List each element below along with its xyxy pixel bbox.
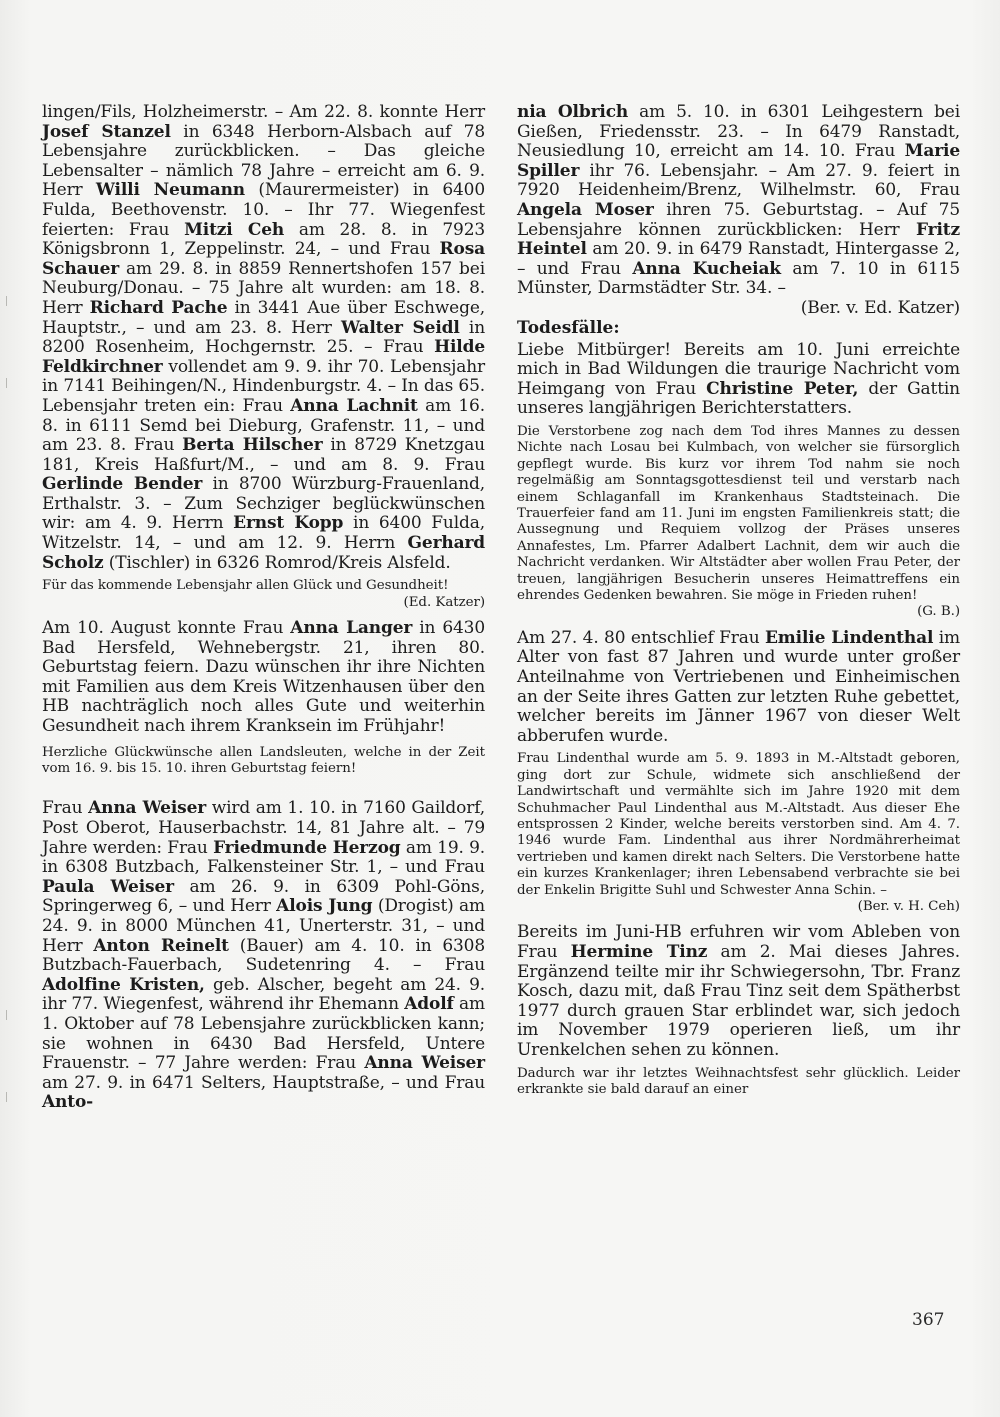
person-name: Angela Moser <box>517 200 654 220</box>
wish-text: Für das kommende Lebensjahr allen Glück … <box>42 578 448 593</box>
signature-gb: (G. B.) <box>517 604 960 620</box>
person-name: Walter Seidl <box>341 318 460 338</box>
wish-signature: (Ed. Katzer) <box>404 595 485 611</box>
right-column: nia Olbrich am 5. 10. in 6301 Leihgester… <box>517 103 960 1098</box>
person-name: Anna Lachnit <box>290 396 417 416</box>
person-name: Gerlinde Bender <box>42 474 202 494</box>
person-name: Christine Peter, <box>706 379 858 399</box>
person-name: Anton Reinelt <box>93 936 229 956</box>
tinz-detail: Dadurch war ihr letztes Weihnachtsfest s… <box>517 1066 960 1099</box>
section-heading-deaths: Todesfälle: <box>517 319 960 338</box>
birthday-list-paragraph: lingen/Fils, Holzheimerstr. – Am 22. 8. … <box>42 103 485 573</box>
birthday-list-paragraph-2: Frau Anna Weiser wird am 1. 10. in 7160 … <box>42 799 485 1113</box>
person-name: Hermine Tinz <box>571 942 708 962</box>
birthday-list-continued: nia Olbrich am 5. 10. in 6301 Leihgester… <box>517 103 960 299</box>
person-name: Marie Spiller <box>517 141 960 181</box>
lindenthal-detail: Frau Lindenthal wurde am 5. 9. 1893 in M… <box>517 751 960 899</box>
person-name: Anto- <box>42 1092 93 1112</box>
christine-peter-detail: Die Verstorbene zog nach dem Tod ihres M… <box>517 424 960 604</box>
greeting-small-text: Herzliche Glückwünsche allen Landsleuten… <box>42 745 485 778</box>
person-name: Berta Hilscher <box>182 435 322 455</box>
person-name: Mitzi Ceh <box>184 220 284 240</box>
signature-h-ceh: (Ber. v. H. Ceh) <box>517 899 960 915</box>
scan-margin-mark <box>6 296 10 306</box>
person-name: Adolf <box>404 994 453 1014</box>
emilie-lindenthal-paragraph: Am 27. 4. 80 entschlief Frau Emilie Lind… <box>517 629 960 747</box>
person-name: Anna Langer <box>290 618 412 638</box>
person-name: nia Olbrich <box>517 102 628 122</box>
report-signature-katzer: (Ber. v. Ed. Katzer) <box>517 299 960 319</box>
hermine-tinz-paragraph: Bereits im Juni-HB erfuhren wir vom Able… <box>517 923 960 1060</box>
person-name: Rosa Schauer <box>42 239 485 279</box>
page-number: 367 <box>912 1310 944 1330</box>
person-name: Josef Stanzel <box>42 122 171 142</box>
scan-margin-mark <box>6 378 10 388</box>
scan-margin-mark <box>6 1010 10 1020</box>
person-name: Willi Neumann <box>96 180 245 200</box>
person-name: Richard Pache <box>90 298 228 318</box>
birthday-wish-text: Für das kommende Lebensjahr allen Glück … <box>42 578 485 594</box>
document-page: lingen/Fils, Holzheimerstr. – Am 22. 8. … <box>0 0 1000 1417</box>
person-name: Paula Weiser <box>42 877 174 897</box>
person-name: Adolfine Kristen, <box>42 975 205 995</box>
person-name: Anna Weiser <box>88 798 206 818</box>
christine-peter-paragraph: Liebe Mitbürger! Bereits am 10. Juni err… <box>517 341 960 419</box>
person-name: Anna Weiser <box>364 1053 485 1073</box>
person-name: Anna Kucheiak <box>632 259 781 279</box>
scan-margin-mark <box>6 1092 10 1102</box>
person-name: Friedmunde Herzog <box>213 838 400 858</box>
person-name: Ernst Kopp <box>233 513 343 533</box>
person-name: Fritz Heintel <box>517 220 960 260</box>
person-name: Alois Jung <box>276 896 372 916</box>
left-column: lingen/Fils, Holzheimerstr. – Am 22. 8. … <box>42 103 485 1113</box>
person-name: Emilie Lindenthal <box>765 628 933 648</box>
person-name: Gerhard Scholz <box>42 533 485 573</box>
person-name: Hilde Feldkirchner <box>42 337 485 377</box>
anna-langer-paragraph: Am 10. August konnte Frau Anna Langer in… <box>42 619 485 737</box>
